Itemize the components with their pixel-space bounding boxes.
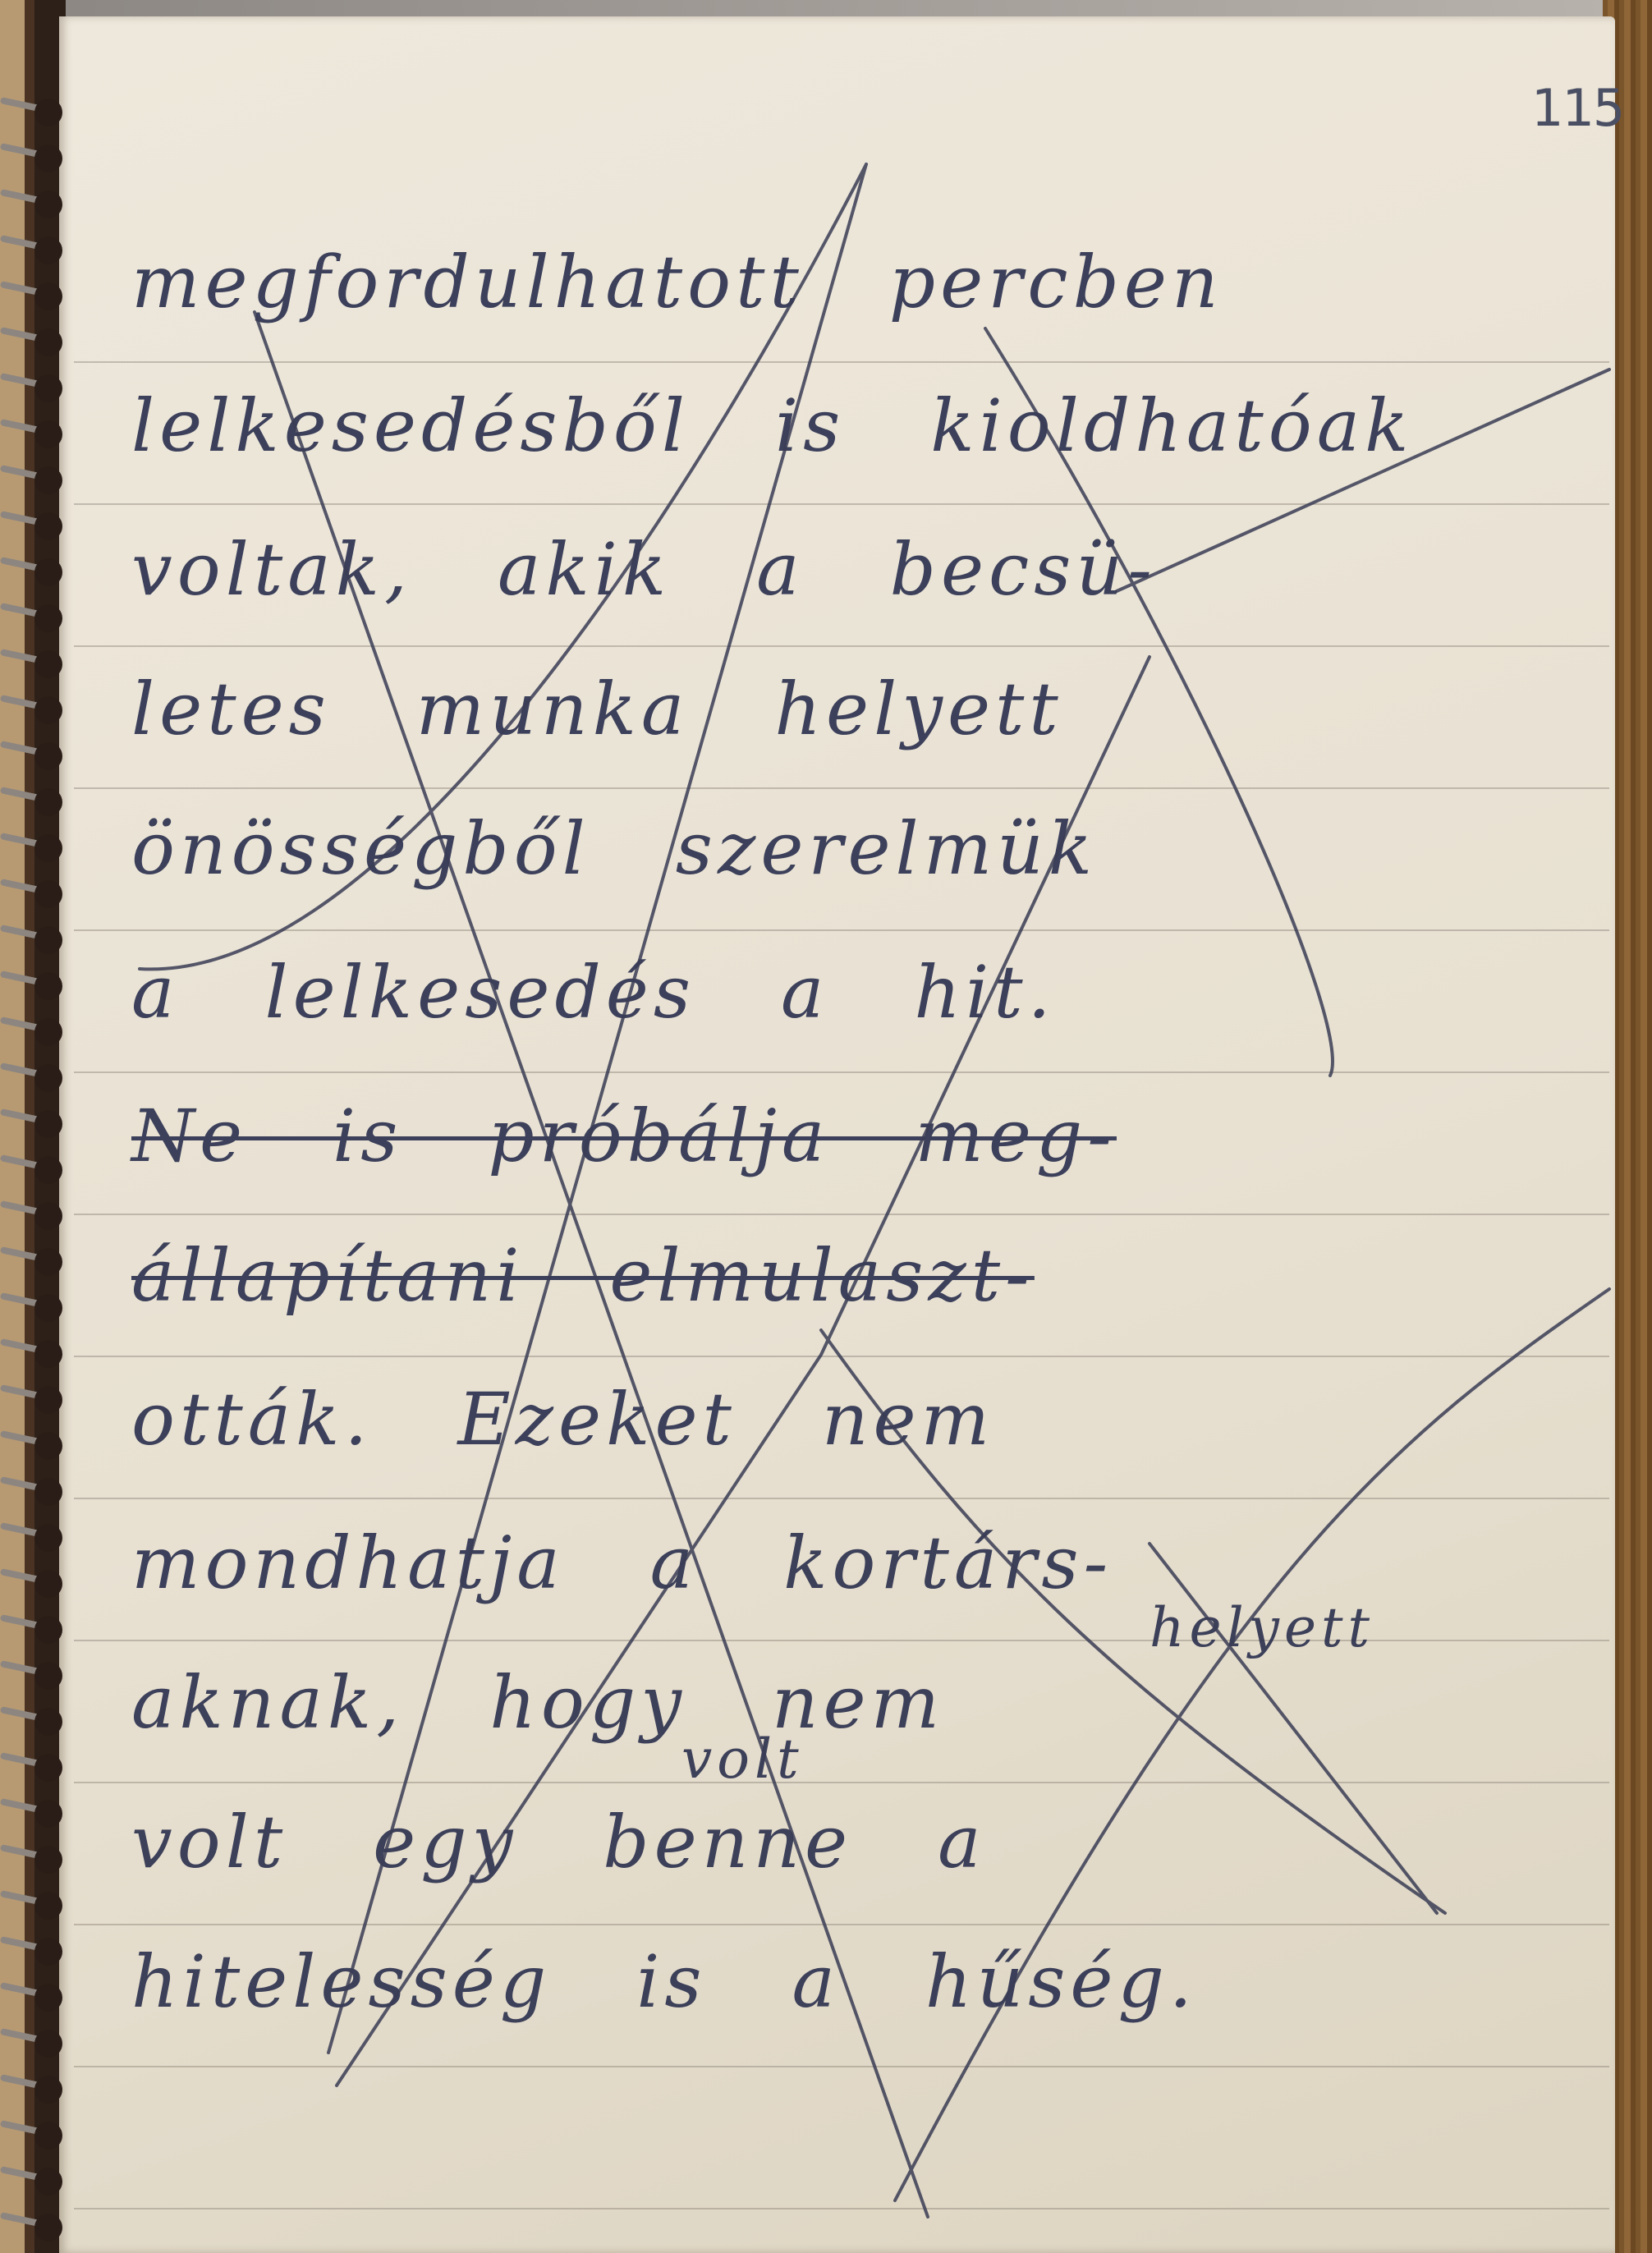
- binding-hole: [34, 696, 62, 724]
- binding-hole: [34, 190, 62, 218]
- ruled-line: [74, 361, 1609, 363]
- binding-hole: [34, 1202, 62, 1230]
- binding-hole: [34, 972, 62, 1000]
- ruled-line: [74, 645, 1609, 647]
- handwritten-line: mondhatja a kortárs-: [131, 1527, 1593, 1599]
- binding-hole: [34, 1846, 62, 1874]
- ruled-line: [74, 2066, 1609, 2067]
- interlinear-insertion: volt: [681, 1732, 804, 1787]
- binding-hole: [34, 2030, 62, 2058]
- binding-hole: [34, 1754, 62, 1782]
- binding-hole: [34, 1570, 62, 1598]
- binding-hole: [34, 880, 62, 908]
- binding-hole: [34, 1524, 62, 1552]
- binding-hole: [34, 650, 62, 678]
- ruled-line: [74, 1356, 1609, 1357]
- binding-hole: [34, 328, 62, 356]
- binding-hole: [34, 558, 62, 586]
- binding-hole: [34, 2122, 62, 2150]
- binding-hole: [34, 466, 62, 494]
- binding-hole: [34, 742, 62, 770]
- handwritten-line: hitelesség is a hűség.: [131, 1946, 1593, 2018]
- ruled-line: [74, 1782, 1609, 1783]
- binding-hole: [34, 2214, 62, 2242]
- binding-hole: [34, 1662, 62, 1690]
- ruled-line: [74, 1214, 1609, 1215]
- binding-hole: [34, 420, 62, 448]
- binding-hole: [34, 512, 62, 540]
- ruled-line: [74, 1071, 1609, 1073]
- binding-hole: [34, 1294, 62, 1322]
- binding-hole: [34, 1248, 62, 1276]
- binding-hole: [34, 2168, 62, 2196]
- binding-hole: [34, 282, 62, 310]
- binding-hole: [34, 1478, 62, 1506]
- binding-hole: [34, 1616, 62, 1644]
- binding-hole: [34, 1018, 62, 1046]
- handwritten-line: volt egy benne a: [131, 1806, 1593, 1879]
- binding-hole: [34, 99, 62, 126]
- binding-hole: [34, 236, 62, 264]
- ruled-line: [74, 787, 1609, 789]
- binding-hole: [34, 1386, 62, 1414]
- ruled-line: [74, 1924, 1609, 1925]
- handwritten-line: Ne is próbálja meg-: [131, 1100, 1593, 1172]
- ruled-line: [74, 2208, 1609, 2209]
- handwritten-line: voltak, akik a becsü-: [131, 534, 1593, 606]
- ruled-line: [74, 1640, 1609, 1641]
- handwritten-line: megfordulhatott percben: [131, 246, 1593, 319]
- page-number: 115: [1531, 78, 1623, 138]
- binding-hole: [34, 788, 62, 816]
- handwritten-line: önösségből szerelmük: [131, 813, 1593, 885]
- ruled-line: [74, 1498, 1609, 1499]
- binding-hole: [34, 926, 62, 954]
- binding-hole: [34, 1892, 62, 1920]
- binding-hole: [34, 1064, 62, 1092]
- binding-hole: [34, 834, 62, 862]
- handwritten-line: ották. Ezeket nem: [131, 1383, 1593, 1456]
- binding-hole: [34, 1432, 62, 1460]
- interlinear-insertion: helyett: [1150, 1601, 1374, 1655]
- binding-hole: [34, 604, 62, 632]
- handwritten-line: a lelkesedés a hit.: [131, 957, 1593, 1029]
- binding-hole: [34, 1708, 62, 1736]
- handwritten-line: letes munka helyett: [131, 673, 1593, 746]
- binding-hole: [34, 1110, 62, 1138]
- binding-hole: [34, 1800, 62, 1828]
- binding-hole: [34, 1156, 62, 1184]
- ruled-line: [74, 929, 1609, 931]
- binding-hole: [34, 1984, 62, 2012]
- binding-hole: [34, 1340, 62, 1368]
- binding-hole: [34, 374, 62, 402]
- ruled-line: [74, 503, 1609, 505]
- handwritten-line: lelkesedésből is kioldhatóak: [131, 390, 1593, 462]
- binding-hole: [34, 145, 62, 172]
- binding-hole: [34, 1938, 62, 1966]
- binding-hole: [34, 2076, 62, 2104]
- handwritten-line: állapítani elmulaszt-: [131, 1240, 1593, 1312]
- handwritten-line: aknak, hogy nem: [131, 1667, 1593, 1739]
